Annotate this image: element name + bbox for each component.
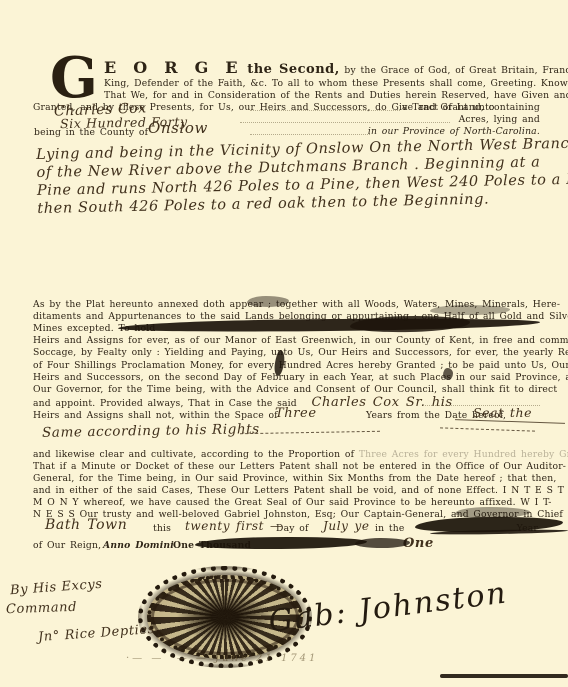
dotted-leader — [250, 109, 400, 111]
conditions-line-2: That if a Minute or Docket of these our … — [33, 461, 566, 472]
by-command-handwritten-1: By His Excys — [10, 577, 103, 598]
drop-cap-initial: G — [50, 50, 98, 106]
opening-line-1-rest: by the Grace of God, of Great Britain, F… — [344, 65, 568, 76]
day-number-handwritten: twenty first — — [185, 521, 283, 532]
conditions-line-3: General, for the Time being, in Our said… — [33, 473, 557, 484]
habendum-line-6: of Four Shillings Proclamation Money, fo… — [33, 360, 568, 371]
habendum-line-5: Soccage, by Fealty only : Yielding and P… — [33, 347, 568, 358]
faint-date-note: ·— — ·— — June 21 1741 — [126, 653, 318, 664]
grantee-insert-handwritten: Charles Cox Sr. his — [312, 395, 453, 410]
month-handwritten: July ye — [323, 521, 370, 532]
three-years-handwritten: Three — [275, 408, 317, 419]
habendum-line-9-printed: and appoint. Provided always, That in Ca… — [33, 398, 297, 409]
pen-flourish — [440, 427, 535, 432]
habendum-line-7: Heirs and Successors, on the second Day … — [33, 372, 568, 383]
county-label: being in the County of — [34, 127, 148, 138]
conditions-line-1-faded: Three Acres for every Hundred hereby Gra… — [359, 449, 568, 460]
habendum-line-9: and appoint. Provided always, That in Ca… — [33, 397, 453, 409]
land-grant-document: G E O R G E the Second, by the Grace of … — [0, 0, 568, 687]
dotted-leader — [250, 133, 370, 135]
tract-of-land-label: a Tract of Land, containing — [402, 102, 540, 113]
in-the-label: in the — [375, 523, 405, 534]
habendum-line-4: Heirs and Assigns for ever, as of our Ma… — [33, 335, 568, 346]
opening-line-3: That We, for and in Consideration of the… — [104, 90, 568, 101]
bath-town-handwritten: Bath Town — [45, 520, 127, 531]
county-handwritten: Onslow — [148, 119, 208, 137]
conditions-line-1: and likewise clear and cultivate, accord… — [33, 449, 568, 460]
rights-clause-handwritten: Same according to his Rights — [42, 421, 260, 441]
this-label: this — [153, 523, 171, 534]
of-our-reign-label: of Our Reign, — [33, 540, 101, 551]
dotted-flourish — [425, 404, 540, 406]
ink-streak — [440, 674, 568, 678]
habendum-line-8: Our Governor, for the Time being, with t… — [33, 384, 557, 395]
seat-the-handwritten: Seat the — [473, 407, 532, 418]
pen-flourish — [240, 431, 380, 435]
day-of-label: Day of — [276, 523, 309, 534]
habendum-line-10-printed: Heirs and Assigns shall not, within the … — [33, 410, 278, 421]
the-second: the Second, — [247, 62, 340, 77]
ink-smudge — [195, 536, 367, 550]
opening-line-1: E O R G E the Second, by the Grace of Go… — [104, 62, 568, 76]
acres-label: Acres, lying and — [459, 114, 540, 125]
by-command-handwritten-2: Command — [6, 600, 78, 617]
opening-line-2: King, Defender of the Faith, &c. To all … — [104, 78, 568, 89]
ink-smudge — [355, 538, 410, 548]
george-caps: E O R G E — [104, 58, 243, 77]
conditions-line-1-printed: and likewise clear and cultivate, accord… — [33, 449, 354, 460]
land-description-handwritten: Lying and being in the Vicinity of Onslo… — [36, 134, 568, 218]
anno-domini-label: Anno Domini — [103, 540, 174, 551]
conditions-line-4: and in either of the said Cases, These O… — [33, 485, 568, 496]
dotted-leader — [240, 121, 450, 123]
conditions-line-5: M O N Y whereof, we have caused the Grea… — [33, 497, 552, 508]
